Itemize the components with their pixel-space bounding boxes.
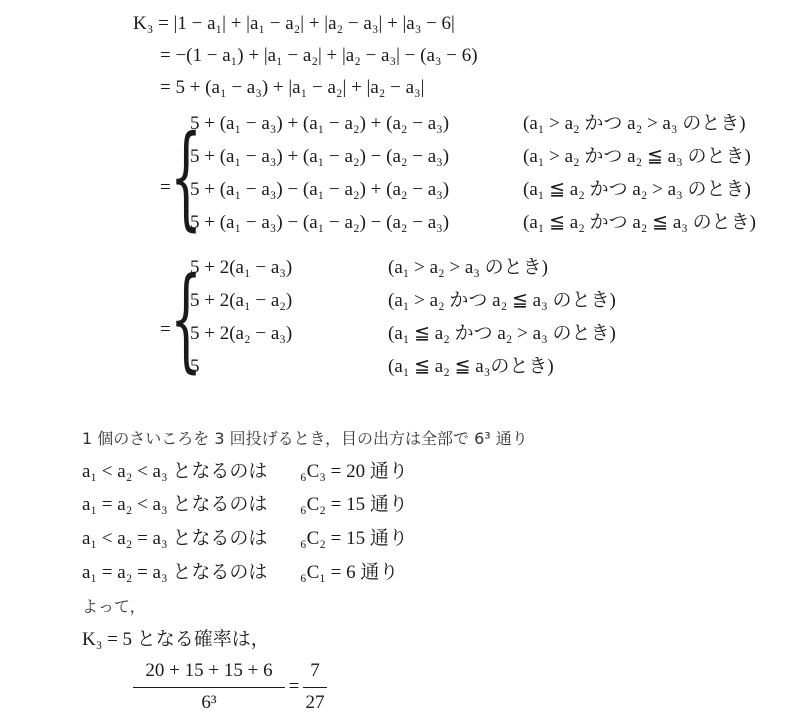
case-cond-2: a₁ = a₂ < a₃ となるのは (82, 493, 267, 517)
equation-line-3: = 5 + (a₁ − a₃) + |a₁ − a₂| + |a₂ − a₃| (160, 76, 424, 100)
case1-cond-2: (a₁ > a₂ かつ a₂ ≦ a₃ のとき) (523, 145, 751, 169)
fraction-denominator: 6³ (133, 692, 285, 714)
probability-label: K₃ = 5 となる確率は， (82, 628, 270, 652)
case1-expr-2: 5 + (a₁ − a₃) + (a₁ − a₂) − (a₂ − a₃) (190, 145, 449, 169)
fraction-equals: = (287, 676, 301, 698)
therefore-text: よって， (82, 595, 146, 619)
case-count-1: ₆C₃ = 20 通り (300, 460, 408, 484)
fraction-numerator: 20 + 15 + 15 + 6 (133, 660, 285, 682)
case1-cond-3: (a₁ ≦ a₂ かつ a₂ > a₃ のとき) (523, 178, 751, 202)
case2-expr-1: 5 + 2(a₁ − a₃) (190, 256, 292, 280)
result-bar (303, 687, 327, 688)
case2-cond-2: (a₁ > a₂ かつ a₂ ≦ a₃ のとき) (388, 289, 616, 313)
case-count-3: ₆C₂ = 15 通り (300, 527, 408, 551)
case1-expr-4: 5 + (a₁ − a₃) − (a₁ − a₂) − (a₂ − a₃) (190, 211, 449, 235)
result-denominator: 27 (303, 692, 327, 714)
case1-expr-1: 5 + (a₁ − a₃) + (a₁ − a₂) + (a₂ − a₃) (190, 112, 449, 136)
equation-line-2: = −(1 − a₁) + |a₁ − a₂| + |a₂ − a₃| − (a… (160, 44, 478, 68)
equation-line-1: K₃ = |1 − a₁| + |a₁ − a₂| + |a₂ − a₃| + … (133, 12, 455, 36)
case-cond-3: a₁ < a₂ = a₃ となるのは (82, 527, 267, 551)
case-cond-4: a₁ = a₂ = a₃ となるのは (82, 561, 267, 585)
case2-expr-4: 5 (190, 355, 200, 379)
case-count-2: ₆C₂ = 15 通り (300, 493, 408, 517)
case1-cond-1: (a₁ > a₂ かつ a₂ > a₃ のとき) (523, 112, 746, 136)
intro-text: 1 個のさいころを 3 回投げるとき，目の出方は全部で 6³ 通り (82, 427, 528, 451)
fraction-bar (133, 687, 285, 688)
case-count-4: ₆C₁ = 6 通り (300, 561, 398, 585)
case1-cond-4: (a₁ ≦ a₂ かつ a₂ ≦ a₃ のとき) (523, 211, 756, 235)
result-numerator: 7 (303, 660, 327, 682)
case2-expr-2: 5 + 2(a₁ − a₂) (190, 289, 292, 313)
case2-expr-3: 5 + 2(a₂ − a₃) (190, 322, 292, 346)
case2-cond-3: (a₁ ≦ a₂ かつ a₂ > a₃ のとき) (388, 322, 616, 346)
case2-cond-1: (a₁ > a₂ > a₃ のとき) (388, 256, 548, 280)
case2-cond-4: (a₁ ≦ a₂ ≦ a₃のとき) (388, 355, 554, 379)
case1-expr-3: 5 + (a₁ − a₃) − (a₁ − a₂) + (a₂ − a₃) (190, 178, 449, 202)
case-cond-1: a₁ < a₂ < a₃ となるのは (82, 460, 267, 484)
